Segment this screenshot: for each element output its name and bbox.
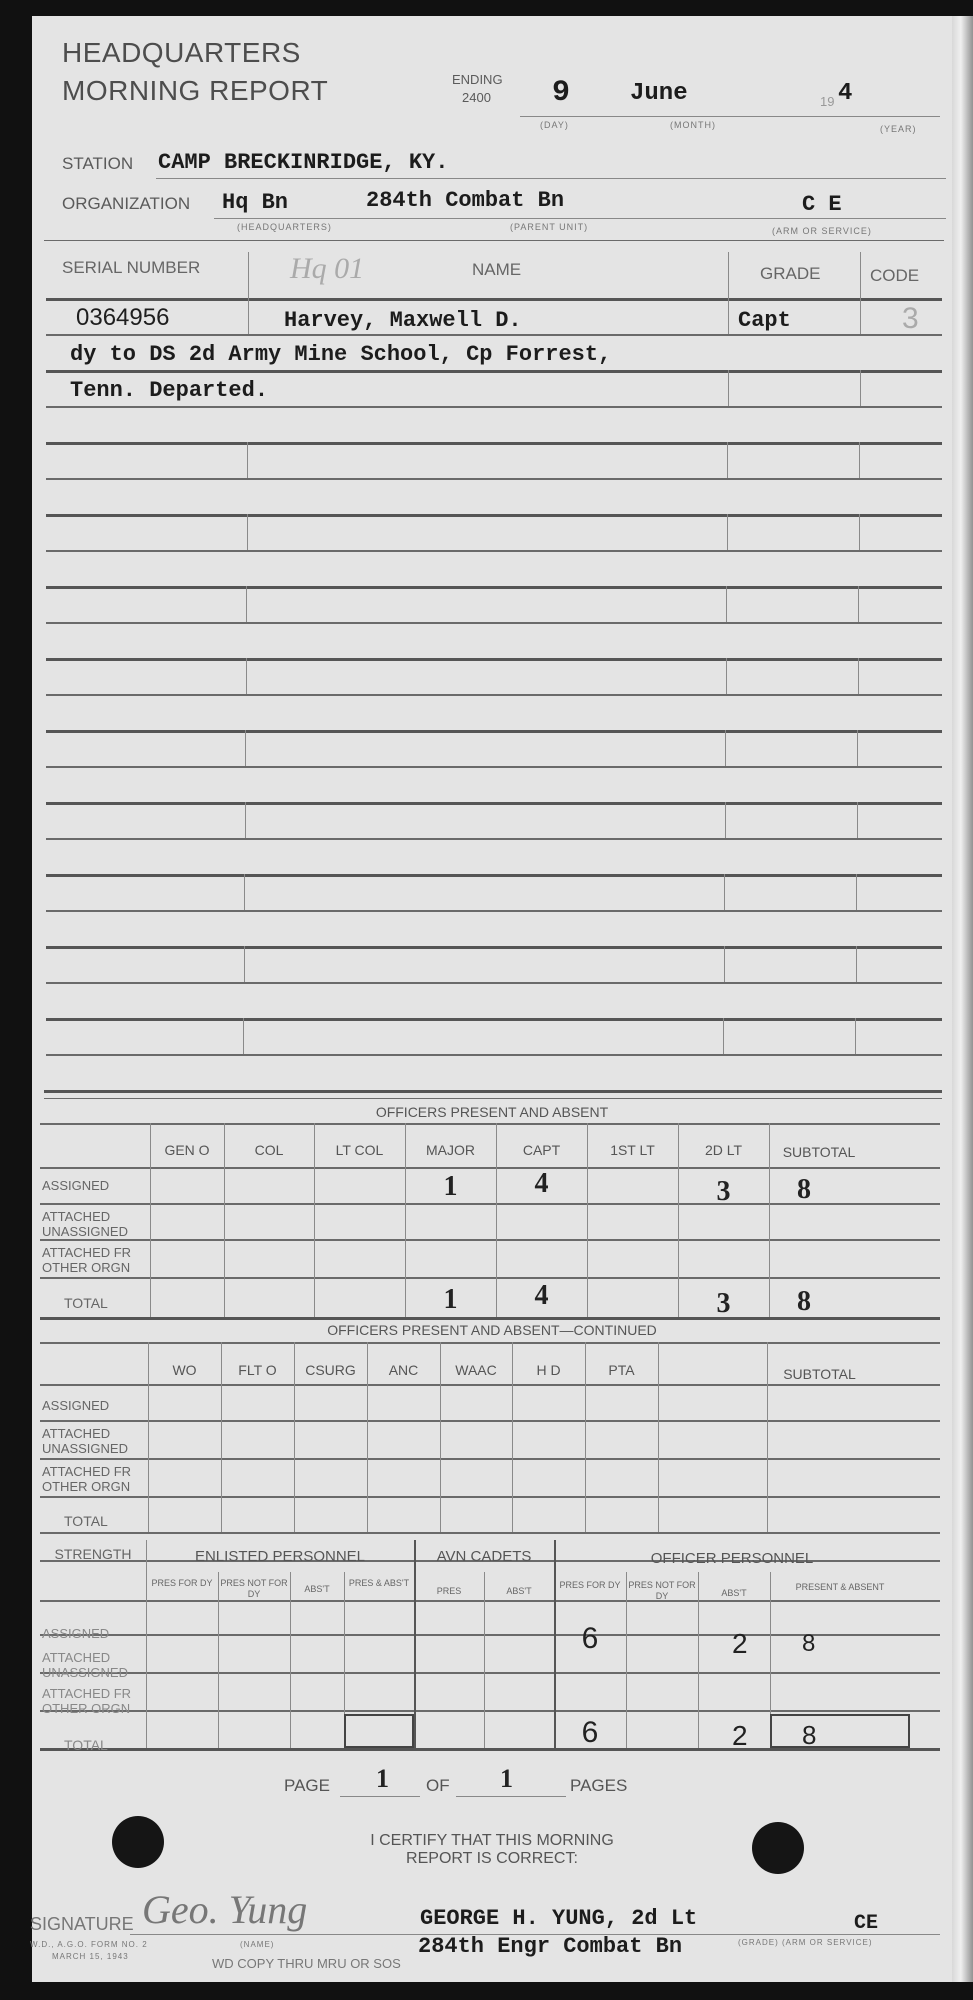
col-major: MAJOR [405, 1142, 496, 1158]
name-caption: (NAME) [240, 1940, 274, 1949]
month-caption: (MONTH) [670, 120, 716, 130]
grade-arm-caption: (GRADE) (ARM OR SERVICE) [738, 1938, 873, 1947]
form-title-line1: HEADQUARTERS [62, 38, 301, 68]
col-lt-col: LT COL [314, 1142, 405, 1158]
row-assigned-label: ASSIGNED [42, 1626, 109, 1641]
signature-label: SIGNATURE [30, 1914, 134, 1935]
day-caption: (DAY) [540, 120, 569, 130]
penciled-note: Hq 01 [290, 252, 364, 286]
remark-line-2: Tenn. Departed. [70, 378, 268, 403]
col-waac: WAAC [440, 1362, 512, 1378]
total-2d-lt: 3 [678, 1288, 769, 1320]
hq-caption: (HEADQUARTERS) [237, 222, 332, 232]
remark-line-1: dy to DS 2d Army Mine School, Cp Forrest… [70, 342, 611, 367]
officers-continued-title: OFFICERS PRESENT AND ABSENT—CONTINUED [32, 1322, 952, 1338]
wd-copy-note: WD COPY THRU MRU OR SOS [212, 1956, 401, 1971]
col-wo: WO [148, 1362, 221, 1378]
arm-caption: (ARM OR SERVICE) [772, 226, 872, 236]
total-major: 1 [405, 1284, 496, 1316]
col-1st-lt: 1ST LT [587, 1142, 678, 1158]
assigned-off-present-absent: 8 [802, 1630, 815, 1658]
col-flt-o: FLT O [221, 1362, 294, 1378]
row-assigned-label: ASSIGNED [42, 1178, 109, 1193]
total-off-pres-for-dy: 6 [554, 1716, 626, 1750]
morning-report-form: HEADQUARTERS MORNING REPORT ENDING 2400 … [32, 16, 954, 1982]
sub-avn-pres: PRES [414, 1586, 484, 1597]
hq-value: Hq Bn [222, 190, 288, 215]
row-total-label: TOTAL [64, 1296, 108, 1311]
form-number: W.D., A.G.O. FORM NO. 2 [30, 1940, 148, 1949]
organization-rule [214, 218, 946, 219]
col-hd: H D [512, 1362, 585, 1378]
sub-off-pres-for-dy: PRES FOR DY [554, 1580, 626, 1591]
sub-off-abst: ABS'T [698, 1588, 770, 1599]
report-year: 4 [838, 80, 852, 107]
soldier-name: Harvey, Maxwell D. [284, 308, 522, 333]
col-2d-lt: 2D LT [678, 1142, 769, 1158]
officer-total-box [770, 1714, 910, 1748]
enlisted-total-box [344, 1714, 414, 1748]
form-date: MARCH 15, 1943 [52, 1952, 129, 1961]
page-label: PAGE [284, 1776, 330, 1796]
page-number: 1 [376, 1764, 389, 1794]
assigned-off-abst: 2 [732, 1628, 748, 1660]
assigned-capt: 4 [496, 1168, 587, 1200]
col-anc: ANC [367, 1362, 440, 1378]
officers-title: OFFICERS PRESENT AND ABSENT [32, 1104, 952, 1120]
row-attached-fr-label: ATTACHED FR OTHER ORGN [42, 1686, 142, 1716]
station-rule [156, 178, 946, 179]
parent-unit-value: 284th Combat Bn [366, 188, 564, 213]
organization-label: ORGANIZATION [62, 194, 190, 214]
sub-avn-abst: ABS'T [484, 1586, 554, 1597]
total-pages: 1 [500, 1764, 513, 1794]
col-pta: PTA [585, 1362, 658, 1378]
row-attached-unassigned-label: ATTACHED UNASSIGNED [42, 1650, 142, 1680]
row-attached-unassigned-label: ATTACHED UNASSIGNED [42, 1209, 142, 1239]
year-prefix: 19 [820, 94, 834, 109]
parent-caption: (PARENT UNIT) [510, 222, 588, 232]
code-header: CODE [870, 266, 919, 286]
row-assigned-label: ASSIGNED [42, 1398, 109, 1413]
col-subtotal-continued: SUBTOTAL [767, 1366, 872, 1382]
total-subtotal: 8 [769, 1286, 839, 1318]
col-csurg: CSURG [294, 1362, 367, 1378]
serial-header: SERIAL NUMBER [62, 258, 200, 278]
report-day: 9 [552, 76, 570, 110]
row-attached-fr-label: ATTACHED FR OTHER ORGN [42, 1464, 142, 1494]
station-value: CAMP BRECKINRIDGE, KY. [158, 150, 448, 175]
soldier-grade: Capt [738, 308, 791, 333]
pages-label: PAGES [570, 1776, 627, 1796]
grade-header: GRADE [760, 264, 820, 284]
date-rule [520, 116, 940, 117]
sub-enl-pres-not-for-dy: PRES NOT FOR DY [218, 1578, 290, 1600]
sub-off-pres-not-for-dy: PRES NOT FOR DY [626, 1580, 698, 1602]
total-capt: 4 [496, 1280, 587, 1312]
assigned-off-pres-for-dy: 6 [554, 1622, 626, 1656]
total-off-abst: 2 [732, 1720, 748, 1752]
col-subtotal: SUBTOTAL [769, 1144, 869, 1160]
group-avn-cadets: AVN CADETS [414, 1548, 554, 1565]
group-officer: OFFICER PERSONNEL [554, 1550, 910, 1567]
serial-number: 0364956 [76, 304, 169, 332]
group-enlisted: ENLISTED PERSONNEL [146, 1548, 414, 1565]
col-col: COL [224, 1142, 314, 1158]
ending-label: ENDING [452, 72, 503, 87]
strength-title: STRENGTH [40, 1546, 146, 1562]
signer-unit: 284th Engr Combat Bn [418, 1934, 682, 1959]
col-capt: CAPT [496, 1142, 587, 1158]
assigned-major: 1 [405, 1171, 496, 1203]
station-label: STATION [62, 154, 133, 174]
row-total-label: TOTAL [64, 1738, 108, 1753]
roster-top-rule [44, 240, 944, 241]
row-attached-unassigned-label: ATTACHED UNASSIGNED [42, 1426, 142, 1456]
total-off-present-absent: 8 [802, 1720, 816, 1751]
of-label: OF [426, 1776, 450, 1796]
sub-off-present-absent: PRESENT & ABSENT [770, 1582, 910, 1593]
sub-enl-abst: ABS'T [290, 1584, 344, 1595]
certify-line-1: I CERTIFY THAT THIS MORNING [32, 1832, 952, 1850]
arm-value: C E [802, 192, 842, 217]
sub-enl-pres-abst: PRES & ABS'T [344, 1578, 414, 1589]
soldier-code: 3 [902, 302, 919, 336]
assigned-subtotal: 8 [769, 1174, 839, 1206]
form-title-line2: MORNING REPORT [62, 76, 328, 106]
assigned-2d-lt: 3 [678, 1176, 769, 1208]
signer-name-grade: GEORGE H. YUNG, 2d Lt [420, 1906, 697, 1931]
paper-edge [952, 16, 973, 1982]
row-total-label: TOTAL [64, 1514, 108, 1529]
row-attached-fr-label: ATTACHED FR OTHER ORGN [42, 1245, 142, 1275]
report-month: June [630, 80, 688, 107]
col-gen-o: GEN O [150, 1142, 224, 1158]
ending-time: 2400 [462, 90, 491, 105]
handwritten-signature: Geo. Yung [142, 1886, 307, 1933]
signer-arm: CE [854, 1912, 878, 1935]
certify-line-2: REPORT IS CORRECT: [32, 1850, 952, 1868]
year-caption: (YEAR) [880, 124, 917, 134]
sub-enl-pres-for-dy: PRES FOR DY [146, 1578, 218, 1589]
name-header: NAME [472, 260, 521, 280]
